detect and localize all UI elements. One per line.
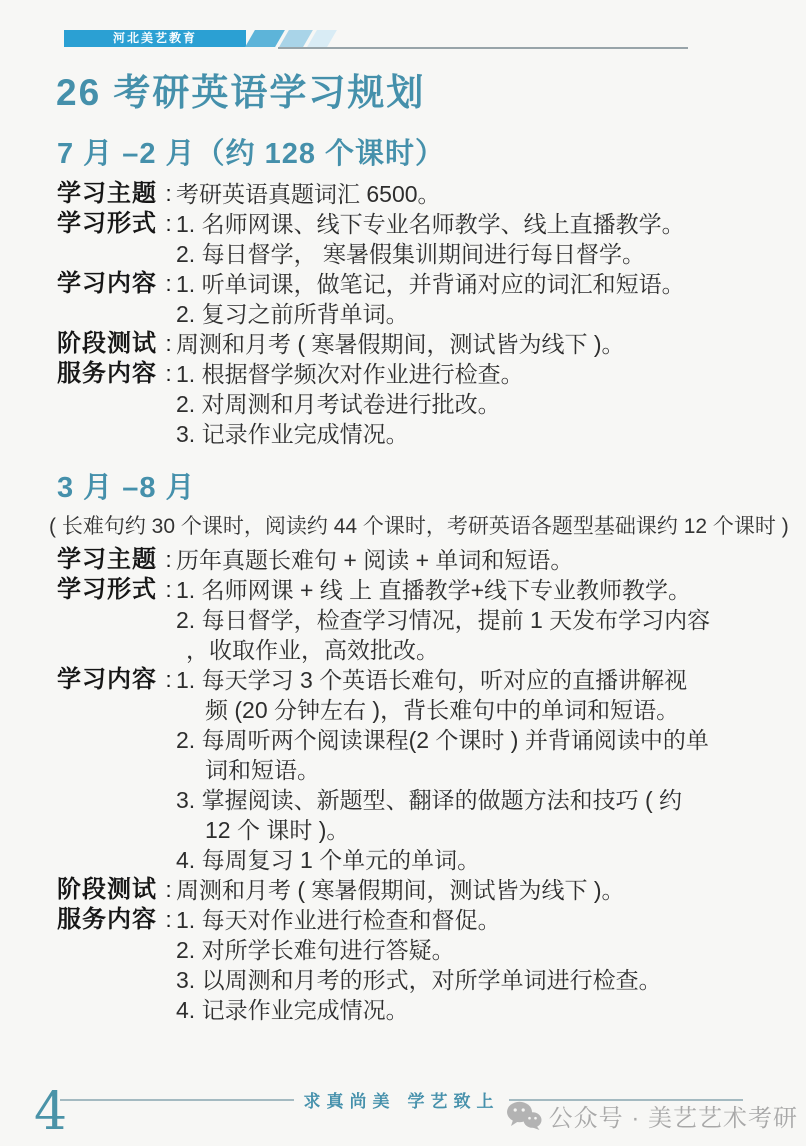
section-heading: 3 月 –8 月 [57, 465, 768, 506]
row-colon: : [161, 575, 176, 605]
plan-row: 学习主题:历年真题长难句 + 阅读 + 单词和短语。 [57, 545, 768, 575]
row-content: 1. 每天对作业进行检查和督促。2. 对所学长难句进行答疑。3. 以周测和月考的… [176, 905, 768, 1025]
text-line: 2. 每周听两个阅读课程(2 个课时 ) 并背诵阅读中的单 [176, 725, 768, 755]
ribbon-accent-shape [307, 30, 337, 47]
row-label: 学习形式 [57, 575, 161, 605]
plan-row: 学习内容:1. 听单词课，做笔记，并背诵对应的词汇和短语。2. 复习之前所背单词… [57, 269, 768, 329]
row-content: 1. 每天学习 3 个英语长难句，听对应的直播讲解视频 (20 分钟左右 )，背… [176, 665, 768, 875]
study-plan-content: 7 月 –2 月（约 128 个课时）学习主题:考研英语真题词汇 6500。学习… [57, 131, 768, 1041]
text-line: 4. 记录作业完成情况。 [176, 995, 768, 1025]
text-line: 4. 每周复习 1 个单元的单词。 [176, 845, 768, 875]
brand-name: 河北美艺教育 [113, 31, 197, 45]
wechat-account: 公众号 · 美艺艺术考研 [506, 1098, 798, 1133]
wechat-account-label: 公众号 · 美艺艺术考研 [549, 1098, 798, 1133]
plan-row: 服务内容:1. 每天对作业进行检查和督促。2. 对所学长难句进行答疑。3. 以周… [57, 905, 768, 1025]
document-page: 河北美艺教育 26 考研英语学习规划 7 月 –2 月（约 128 个课时）学习… [0, 0, 806, 1146]
page-title: 26 考研英语学习规划 [56, 62, 425, 116]
page-number: 4 [34, 1086, 67, 1138]
row-label: 服务内容 [57, 905, 161, 935]
text-line: ，收取作业，高效批改。 [176, 635, 768, 665]
row-content: 1. 听单词课，做笔记，并背诵对应的词汇和短语。2. 复习之前所背单词。 [176, 269, 768, 329]
row-colon: : [161, 875, 176, 905]
text-line: 2. 每日督学，检查学习情况，提前 1 天发布学习内容 [176, 605, 768, 635]
text-line: 1. 根据督学频次对作业进行检查。 [176, 359, 768, 389]
plan-row: 学习内容:1. 每天学习 3 个英语长难句，听对应的直播讲解视频 (20 分钟左… [57, 665, 768, 875]
plan-row: 学习形式:1. 名师网课 + 线 上 直播教学+线下专业教师教学。2. 每日督学… [57, 575, 768, 665]
text-line: 历年真题长难句 + 阅读 + 单词和短语。 [176, 545, 768, 575]
plan-row: 学习形式:1. 名师网课、线下专业名师教学、线上直播教学。2. 每日督学， 寒暑… [57, 209, 768, 269]
row-label: 学习形式 [57, 209, 161, 239]
header-banner: 河北美艺教育 [64, 30, 743, 47]
row-colon: : [161, 329, 176, 359]
footer-rule-left [60, 1099, 294, 1101]
row-label: 学习主题 [57, 179, 161, 209]
text-line: 频 (20 分钟左右 )，背长难句中的单词和短语。 [176, 695, 768, 725]
row-content: 1. 根据督学频次对作业进行检查。2. 对周测和月考试卷进行批改。3. 记录作业… [176, 359, 768, 449]
header-rule [278, 47, 688, 49]
row-colon: : [161, 665, 176, 695]
row-label: 学习主题 [57, 545, 161, 575]
row-label: 服务内容 [57, 359, 161, 389]
footer-motto: 求真尚美 学艺致上 [294, 1087, 510, 1112]
row-content: 历年真题长难句 + 阅读 + 单词和短语。 [176, 545, 768, 575]
text-line: 3. 以周测和月考的形式，对所学单词进行检查。 [176, 965, 768, 995]
text-line: 2. 对所学长难句进行答疑。 [176, 935, 768, 965]
row-label: 阶段测试 [57, 329, 161, 359]
brand-ribbon: 河北美艺教育 [64, 30, 246, 47]
row-colon: : [161, 209, 176, 239]
text-line: 周测和月考 ( 寒暑假期间，测试皆为线下 )。 [176, 329, 768, 359]
text-line: 2. 复习之前所背单词。 [176, 299, 768, 329]
wechat-icon [506, 1101, 542, 1130]
text-line: 1. 听单词课，做笔记，并背诵对应的词汇和短语。 [176, 269, 768, 299]
row-content: 1. 名师网课 + 线 上 直播教学+线下专业教师教学。2. 每日督学，检查学习… [176, 575, 768, 665]
study-plan-section: 3 月 –8 月( 长难句约 30 个课时，阅读约 44 个课时，考研英语各题型… [57, 465, 768, 1025]
row-content: 1. 名师网课、线下专业名师教学、线上直播教学。2. 每日督学， 寒暑假集训期间… [176, 209, 768, 269]
text-line: 考研英语真题词汇 6500。 [176, 179, 768, 209]
row-label: 学习内容 [57, 665, 161, 695]
row-colon: : [161, 905, 176, 935]
plan-row: 阶段测试:周测和月考 ( 寒暑假期间，测试皆为线下 )。 [57, 875, 768, 905]
study-plan-section: 7 月 –2 月（约 128 个课时）学习主题:考研英语真题词汇 6500。学习… [57, 131, 768, 449]
text-line: 词和短语。 [176, 755, 768, 785]
row-colon: : [161, 359, 176, 389]
text-line: 周测和月考 ( 寒暑假期间，测试皆为线下 )。 [176, 875, 768, 905]
text-line: 2. 每日督学， 寒暑假集训期间进行每日督学。 [176, 239, 768, 269]
section-subtitle: ( 长难句约 30 个课时，阅读约 44 个课时，考研英语各题型基础课约 12 … [49, 513, 768, 541]
text-line: 1. 名师网课 + 线 上 直播教学+线下专业教师教学。 [176, 575, 768, 605]
text-line: 12 个 课时 )。 [176, 815, 768, 845]
row-content: 周测和月考 ( 寒暑假期间，测试皆为线下 )。 [176, 329, 768, 359]
section-heading: 7 月 –2 月（约 128 个课时） [57, 131, 768, 172]
row-colon: : [161, 179, 176, 209]
text-line: 2. 对周测和月考试卷进行批改。 [176, 389, 768, 419]
text-line: 1. 每天对作业进行检查和督促。 [176, 905, 768, 935]
row-label: 阶段测试 [57, 875, 161, 905]
row-label: 学习内容 [57, 269, 161, 299]
text-line: 3. 记录作业完成情况。 [176, 419, 768, 449]
row-colon: : [161, 545, 176, 575]
ribbon-accent-shape [245, 30, 285, 47]
plan-row: 学习主题:考研英语真题词汇 6500。 [57, 179, 768, 209]
text-line: 1. 每天学习 3 个英语长难句，听对应的直播讲解视 [176, 665, 768, 695]
row-content: 考研英语真题词汇 6500。 [176, 179, 768, 209]
row-colon: : [161, 269, 176, 299]
plan-row: 服务内容:1. 根据督学频次对作业进行检查。2. 对周测和月考试卷进行批改。3.… [57, 359, 768, 449]
row-content: 周测和月考 ( 寒暑假期间，测试皆为线下 )。 [176, 875, 768, 905]
text-line: 1. 名师网课、线下专业名师教学、线上直播教学。 [176, 209, 768, 239]
plan-row: 阶段测试:周测和月考 ( 寒暑假期间，测试皆为线下 )。 [57, 329, 768, 359]
text-line: 3. 掌握阅读、新题型、翻译的做题方法和技巧 ( 约 [176, 785, 768, 815]
